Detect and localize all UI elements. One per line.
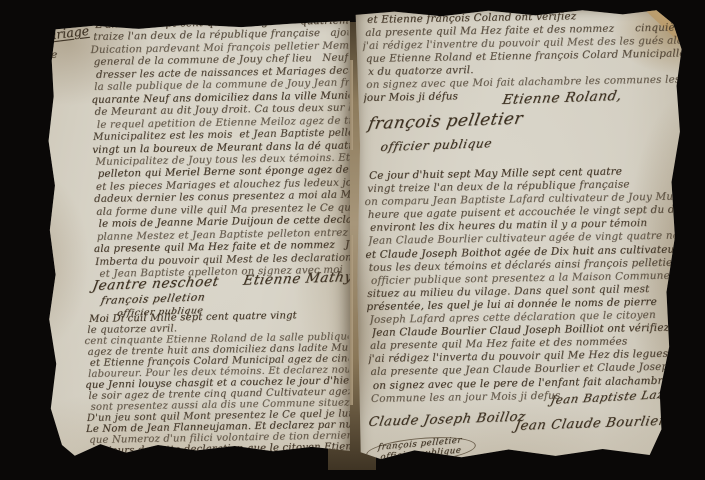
- officiant-title-large: officier publique: [380, 136, 494, 154]
- margin-note-juin: juin: [30, 321, 50, 333]
- bottom-mark: 2 ·: [210, 448, 224, 461]
- margin-note-record-number: 5: [35, 336, 43, 351]
- right-page: et Etienne françois Coland ont vérifieza…: [354, 8, 690, 466]
- circled-officiant-signature: françois pelletier officier publique: [365, 433, 477, 467]
- margin-note-record-number: 4: [39, 68, 48, 84]
- officiant-signature: françois pelletion: [100, 291, 206, 307]
- left-record-2-text: Moi Di cuil Mille sept cent quatre vingt…: [84, 309, 350, 457]
- manuscript-scan: Mariage Ce 4 Nai juin 5 L'an Mille Sept …: [0, 0, 705, 480]
- margin-note-mariage: Mariage: [35, 23, 90, 44]
- margin-note-ce: Ce: [43, 49, 57, 61]
- left-page: Mariage Ce 4 Nai juin 5 L'an Mille Sept …: [30, 16, 350, 462]
- pen-scribble: · — ~ —— · — ~ ·: [444, 451, 606, 467]
- officiant-signature-large: françois pelletier: [367, 109, 525, 133]
- right-record-2-text: Ce jour d'huit sept May Mille sept cent …: [364, 164, 692, 405]
- signature-claude-joseph-boilloz: Claude Joseph Boilloz: [367, 410, 526, 430]
- signature-jean-claude-bourlier: Jean Claude Bourlier: [513, 414, 666, 434]
- signature-etienne-roland: Etienne Roland,: [501, 88, 623, 108]
- margin-note-nai: Nai: [30, 308, 49, 320]
- left-record-1-text: L'an Mille Sept cent quatre vingt quatri…: [90, 15, 353, 281]
